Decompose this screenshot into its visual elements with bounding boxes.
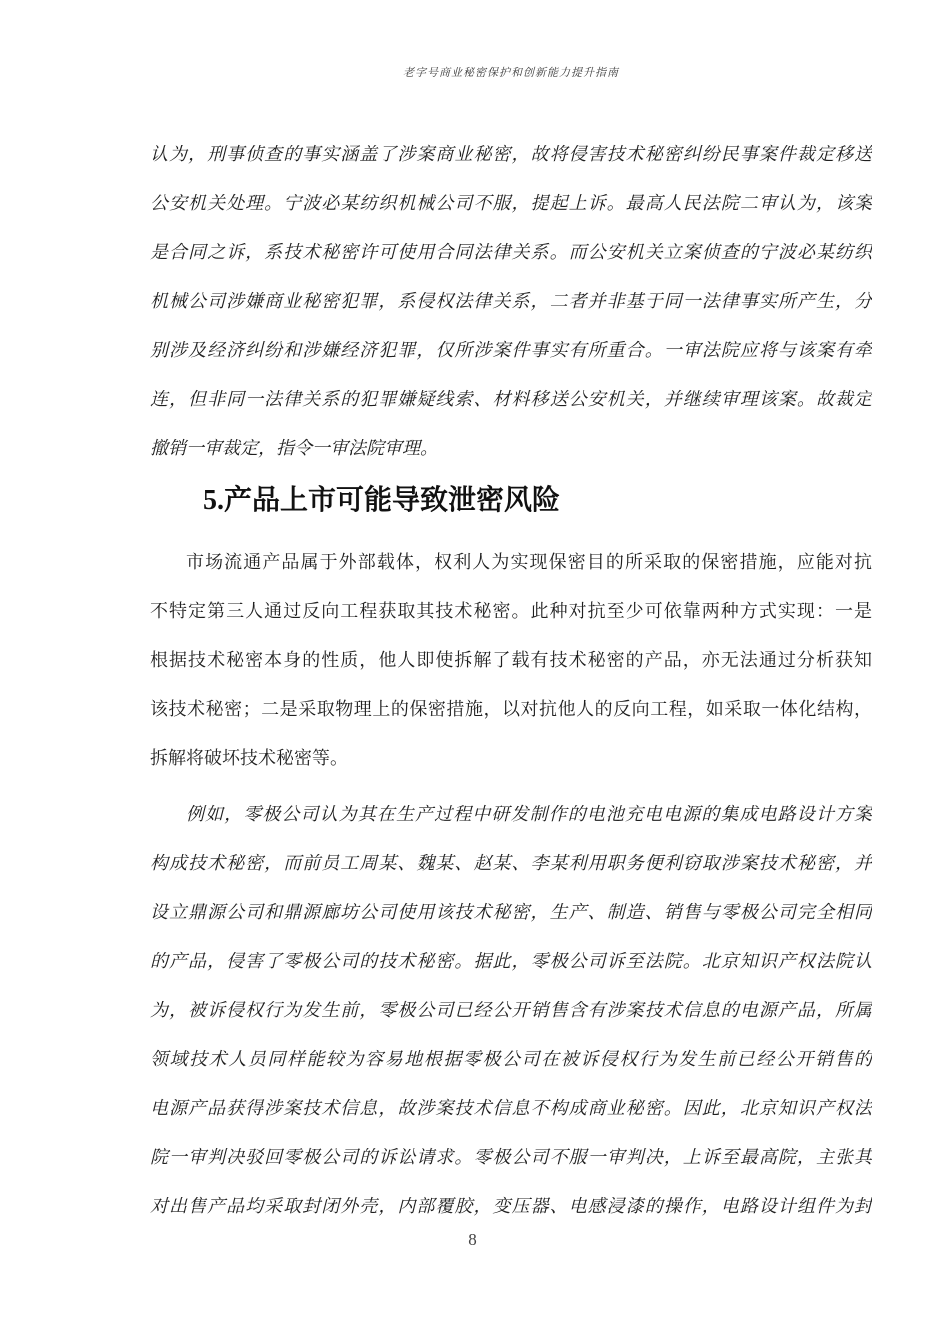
text-line: 市场流通产品属于外部载体，权利人为实现保密目的所采取的保密措施，应能对抗: [150, 538, 872, 587]
text-line: 院一审判决驳回零极公司的诉讼请求。零极公司不服一审判决，上诉至最高院，主张其: [150, 1133, 872, 1182]
document-page: 老字号商业秘密保护和创新能力提升指南 认为，刑事侦查的事实涵盖了涉案商业秘密，故…: [0, 0, 945, 1336]
paragraph-normative: 市场流通产品属于外部载体，权利人为实现保密目的所采取的保密措施，应能对抗 不特定…: [150, 538, 872, 783]
text-line: 机械公司涉嫌商业秘密犯罪，系侵权法律关系，二者并非基于同一法律事实所产生，分: [150, 277, 872, 326]
text-line: 领域技术人员同样能较为容易地根据零极公司在被诉侵权行为发生前已经公开销售的: [150, 1035, 872, 1084]
paragraph-case-example: 例如，零极公司认为其在生产过程中研发制作的电池充电电源的集成电路设计方案 构成技…: [150, 790, 872, 1231]
text-line: 设立鼎源公司和鼎源廊坊公司使用该技术秘密，生产、制造、销售与零极公司完全相同: [150, 888, 872, 937]
text-line: 连，但非同一法律关系的犯罪嫌疑线索、材料移送公安机关，并继续审理该案。故裁定: [150, 375, 872, 424]
running-head: 老字号商业秘密保护和创新能力提升指南: [150, 66, 872, 80]
text-line: 的产品，侵害了零极公司的技术秘密。据此，零极公司诉至法院。北京知识产权法院认: [150, 937, 872, 986]
text-line: 公安机关处理。宁波必某纺织机械公司不服，提起上诉。最高人民法院二审认为，该案: [150, 179, 872, 228]
paragraph-case-continuation: 认为，刑事侦查的事实涵盖了涉案商业秘密，故将侵害技术秘密纠纷民事案件裁定移送 公…: [150, 130, 872, 473]
text-line: 别涉及经济纠纷和涉嫌经济犯罪，仅所涉案件事实有所重合。一审法院应将与该案有牵: [150, 326, 872, 375]
text-line: 根据技术秘密本身的性质，他人即使拆解了载有技术秘密的产品，亦无法通过分析获知: [150, 636, 872, 685]
text-line: 不特定第三人通过反向工程获取其技术秘密。此种对抗至少可依靠两种方式实现：一是: [150, 587, 872, 636]
section-heading-5: 5.产品上市可能导致泄密风险: [203, 483, 872, 519]
text-line: 撤销一审裁定，指令一审法院审理。: [150, 424, 872, 473]
text-line: 拆解将破坏技术秘密等。: [150, 734, 872, 783]
text-line: 该技术秘密；二是采取物理上的保密措施，以对抗他人的反向工程，如采取一体化结构，: [150, 685, 872, 734]
text-line: 电源产品获得涉案技术信息，故涉案技术信息不构成商业秘密。因此，北京知识产权法: [150, 1084, 872, 1133]
page-number: 8: [0, 1228, 945, 1252]
text-line: 构成技术秘密，而前员工周某、魏某、赵某、李某利用职务便利窃取涉案技术秘密，并: [150, 839, 872, 888]
text-line: 对出售产品均采取封闭外壳，内部覆胶，变压器、电感浸漆的操作，电路设计组件为封: [150, 1182, 872, 1231]
text-line: 例如，零极公司认为其在生产过程中研发制作的电池充电电源的集成电路设计方案: [150, 790, 872, 839]
text-line: 是合同之诉，系技术秘密许可使用合同法律关系。而公安机关立案侦查的宁波必某纺织: [150, 228, 872, 277]
text-line: 为，被诉侵权行为发生前，零极公司已经公开销售含有涉案技术信息的电源产品，所属: [150, 986, 872, 1035]
text-line: 认为，刑事侦查的事实涵盖了涉案商业秘密，故将侵害技术秘密纠纷民事案件裁定移送: [150, 130, 872, 179]
page-content: 认为，刑事侦查的事实涵盖了涉案商业秘密，故将侵害技术秘密纠纷民事案件裁定移送 公…: [150, 130, 872, 1231]
